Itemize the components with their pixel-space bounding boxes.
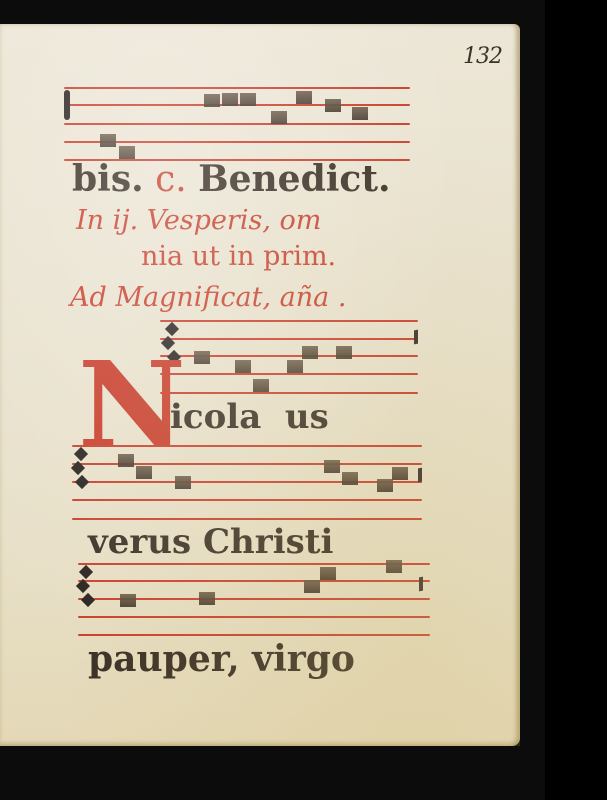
- neume: [120, 594, 136, 607]
- neume: [320, 567, 336, 580]
- dark-background: [545, 0, 607, 800]
- staff-line: [78, 634, 430, 636]
- manuscript-page: 132 bis. c. Benedict. In ij. Vesperis, o…: [0, 24, 520, 746]
- staff-4: [78, 24, 430, 664]
- custos-icon: [419, 577, 423, 592]
- staff-line: [78, 616, 430, 618]
- staff-line: [78, 563, 430, 565]
- staff-line: [78, 580, 430, 582]
- lyric-line-4: pauper, virgo: [88, 638, 355, 680]
- neume: [386, 560, 402, 573]
- neume: [199, 592, 215, 605]
- neume: [304, 580, 320, 593]
- clef-icon: [81, 593, 95, 607]
- c-clef-icon: [64, 90, 70, 120]
- folio-number: 132: [463, 44, 502, 69]
- clef-icon: [79, 565, 93, 579]
